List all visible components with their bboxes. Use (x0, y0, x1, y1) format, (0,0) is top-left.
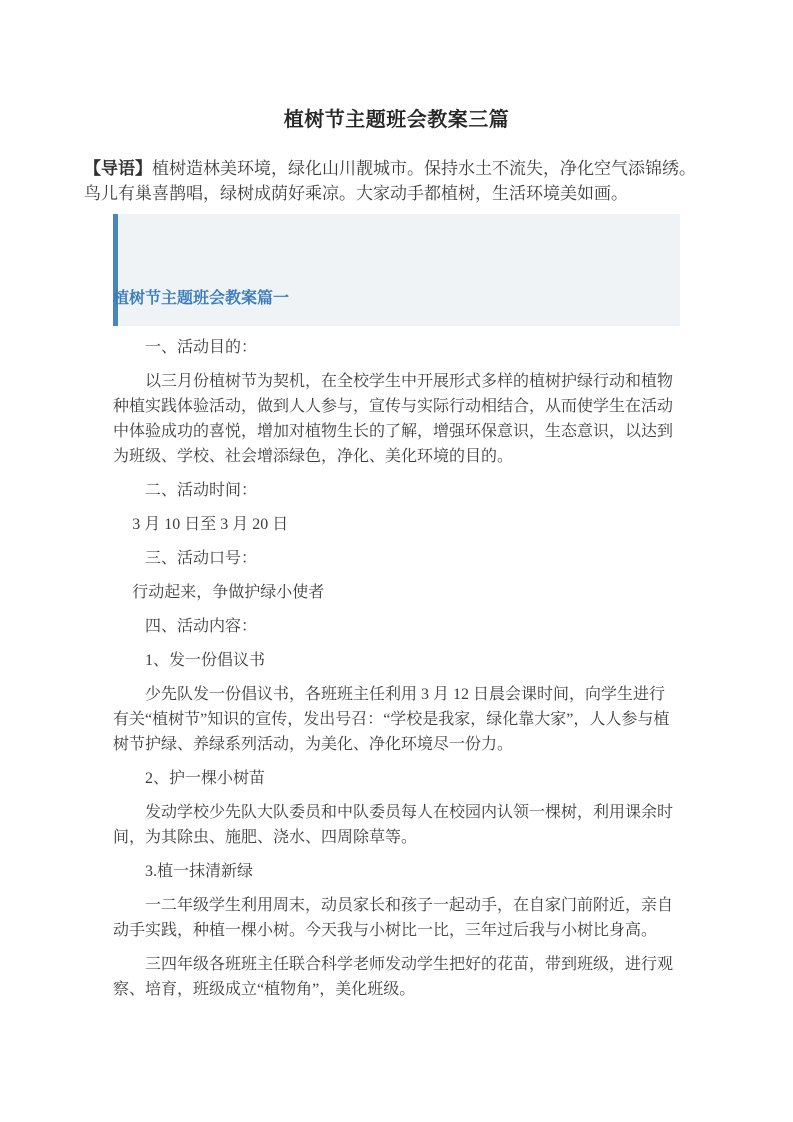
paragraph: 三、活动口号： (113, 546, 680, 571)
article-body: 植树节主题班会教案篇一 一、活动目的：以三月份植树节为契机，在全校学生中开展形式… (113, 214, 680, 1002)
paragraph: 以三月份植树节为契机，在全校学生中开展形式多样的植树护绿行动和植物种植实践体验活… (113, 369, 680, 469)
paragraph: 3.植一抹清新绿 (113, 859, 680, 884)
paragraph: 2、护一棵小树苗 (113, 766, 680, 791)
document-title: 植树节主题班会教案三篇 (0, 104, 793, 136)
paragraph: 一、活动目的： (113, 335, 680, 360)
section-heading: 植树节主题班会教案篇一 (113, 288, 665, 309)
paragraph: 二、活动时间： (113, 478, 680, 503)
section-header-box: 植树节主题班会教案篇一 (113, 214, 680, 326)
paragraph-list: 一、活动目的：以三月份植树节为契机，在全校学生中开展形式多样的植树护绿行动和植物… (113, 335, 680, 1002)
intro-text: 植树造林美环境，绿化山川靓城市。保持水土不流失，净化空气添锦绣。鸟儿有巢喜鹊唱，… (84, 159, 696, 203)
document-page: 植树节主题班会教案三篇 【导语】植树造林美环境，绿化山川靓城市。保持水土不流失，… (0, 0, 793, 1122)
paragraph: 3 月 10 日至 3 月 20 日 (113, 512, 680, 537)
paragraph: 1、发一份倡议书 (113, 648, 680, 673)
paragraph: 四、活动内容： (113, 614, 680, 639)
paragraph: 少先队发一份倡议书，各班班主任利用 3 月 12 日晨会课时间，向学生进行有关“… (113, 682, 680, 757)
intro-paragraph: 【导语】植树造林美环境，绿化山川靓城市。保持水土不流失，净化空气添锦绣。鸟儿有巢… (84, 156, 711, 206)
paragraph: 一二年级学生利用周末，动员家长和孩子一起动手，在自家门前附近，亲自动手实践，种植… (113, 893, 680, 943)
paragraph: 行动起来，争做护绿小使者 (113, 580, 680, 605)
paragraph: 发动学校少先队大队委员和中队委员每人在校园内认领一棵树，利用课余时间，为其除虫、… (113, 800, 680, 850)
intro-label: 【导语】 (84, 159, 152, 178)
paragraph: 三四年级各班班主任联合科学老师发动学生把好的花苗，带到班级，进行观察、培育，班级… (113, 952, 680, 1002)
